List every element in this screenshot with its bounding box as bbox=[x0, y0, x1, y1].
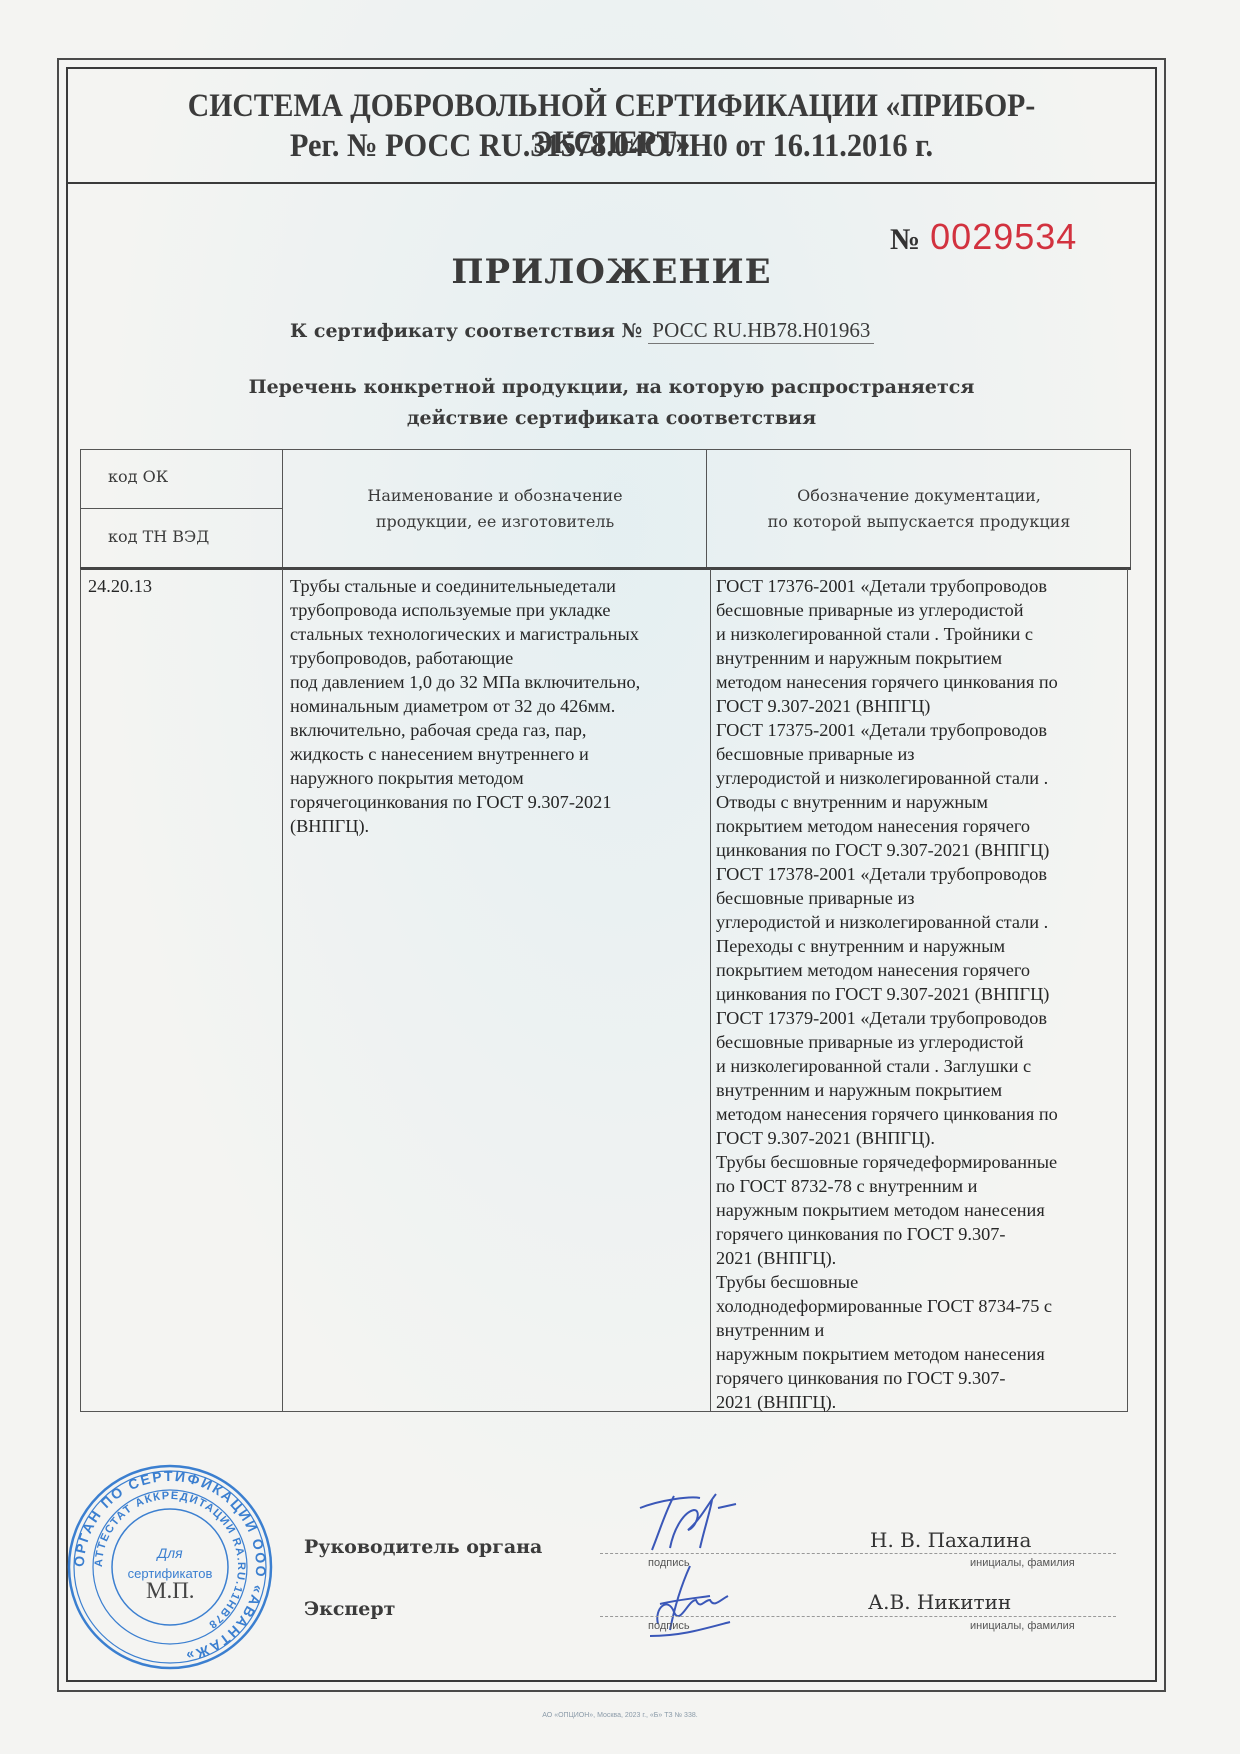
head-signature-line bbox=[600, 1553, 840, 1554]
certification-stamp-icon: ОРГАН ПО СЕРТИФИКАЦИИ ООО «АВАНТАЖ» АТТЕ… bbox=[65, 1462, 275, 1672]
document-title: ПРИЛОЖЕНИЕ bbox=[66, 252, 1157, 292]
expert-signature-caption: подпись bbox=[648, 1620, 690, 1632]
head-signature-icon bbox=[630, 1490, 750, 1560]
body-col-divider-2 bbox=[710, 569, 711, 1412]
body-left-border bbox=[80, 569, 81, 1412]
head-name: Н. В. Пахалина bbox=[870, 1528, 1031, 1552]
head-role-label: Руководитель органа bbox=[304, 1536, 542, 1558]
list-title-line2: действие сертификата соответствия bbox=[66, 403, 1157, 434]
header-code-divider bbox=[80, 508, 282, 509]
list-title: Перечень конкретной продукции, на котору… bbox=[66, 372, 1157, 434]
svg-text:Для: Для bbox=[155, 1545, 183, 1561]
head-name-caption: инициалы, фамилия bbox=[970, 1557, 1075, 1569]
header-col-divider-2 bbox=[706, 449, 707, 569]
printer-imprint: АО «ОПЦИОН», Москва, 2023 г., «Б» ТЗ № 3… bbox=[0, 1712, 1240, 1719]
seal-place-label: М.П. bbox=[146, 1578, 195, 1604]
body-col-divider-1 bbox=[282, 569, 283, 1412]
row-product: Трубы стальные и соединительныедетали тр… bbox=[290, 574, 710, 838]
header-col-divider-1 bbox=[282, 449, 283, 569]
head-name-line bbox=[840, 1553, 1116, 1554]
header-divider bbox=[66, 182, 1157, 184]
expert-signature-line bbox=[600, 1616, 840, 1617]
certificate-reference: К сертификату соответствия №РОСС RU.HB78… bbox=[290, 318, 874, 344]
list-title-line1: Перечень конкретной продукции, на котору… bbox=[66, 372, 1157, 403]
expert-role-label: Эксперт bbox=[304, 1598, 395, 1620]
header-body-separator bbox=[80, 567, 1131, 570]
expert-name-caption: инициалы, фамилия bbox=[970, 1620, 1075, 1632]
expert-name: А.В. Никитин bbox=[868, 1590, 1011, 1614]
header-code-tnved: код ТН ВЭД bbox=[108, 527, 209, 546]
header-product-name: Наименование и обозначение продукции, ее… bbox=[284, 449, 706, 569]
header-documentation: Обозначение документации, по которой вып… bbox=[708, 449, 1130, 569]
registration-number: Рег. № РОСС RU.31578.04ОЛН0 от 16.11.201… bbox=[110, 128, 1114, 165]
row-code: 24.20.13 bbox=[88, 574, 152, 598]
row-documentation: ГОСТ 17376-2001 «Детали трубопроводов бе… bbox=[716, 574, 1131, 1414]
expert-name-line bbox=[840, 1616, 1116, 1617]
certificate-reference-value: РОСС RU.HB78.H01963 bbox=[648, 318, 874, 344]
serial-value: 0029534 bbox=[930, 216, 1077, 257]
header-code-ok: код ОК bbox=[108, 467, 168, 486]
certificate-reference-label: К сертификату соответствия № bbox=[290, 320, 642, 342]
